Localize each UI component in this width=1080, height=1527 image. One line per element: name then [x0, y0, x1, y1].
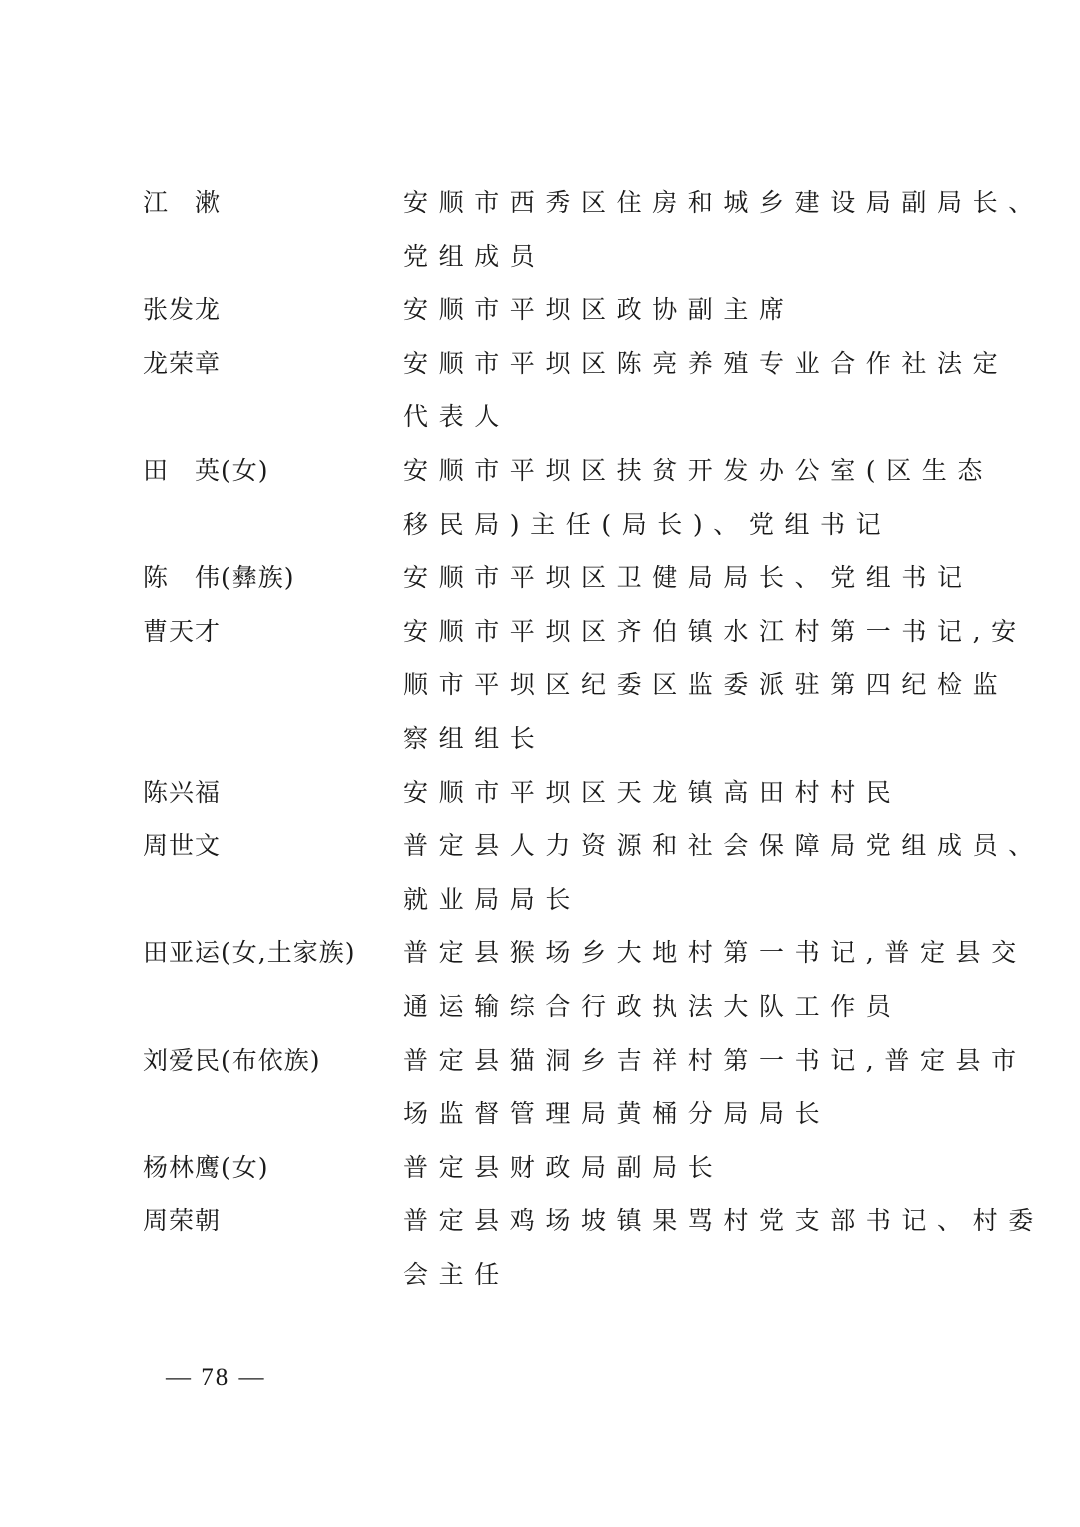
person-name: 陈兴福	[143, 766, 403, 820]
person-position: 普定县鸡场坡镇果骂村党支部书记、村委 会主任	[403, 1194, 943, 1301]
position-line: 普定县鸡场坡镇果骂村党支部书记、村委	[403, 1194, 943, 1248]
position-line: 安顺市平坝区卫健局局长、党组书记	[403, 551, 943, 605]
position-line: 安顺市平坝区政协副主席	[403, 283, 943, 337]
list-item: 田亚运(女,土家族) 普定县猴场乡大地村第一书记,普定县交 通运输综合行政执法大…	[143, 926, 943, 1033]
person-name: 刘爱民(布依族)	[143, 1034, 403, 1088]
document-page: 江 漱 安顺市西秀区住房和城乡建设局副局长、 党组成员 张发龙 安顺市平坝区政协…	[0, 0, 1080, 1527]
list-item: 龙荣章 安顺市平坝区陈亮养殖专业合作社法定 代表人	[143, 337, 943, 444]
list-item: 陈 伟(彝族) 安顺市平坝区卫健局局长、党组书记	[143, 551, 943, 605]
person-position: 普定县财政局副局长	[403, 1141, 943, 1195]
position-line: 党组成员	[403, 230, 943, 284]
person-position: 普定县猫洞乡吉祥村第一书记,普定县市 场监督管理局黄桶分局局长	[403, 1034, 943, 1141]
position-line: 代表人	[403, 390, 943, 444]
position-line: 普定县猫洞乡吉祥村第一书记,普定县市	[403, 1034, 943, 1088]
list-item: 杨林鹰(女) 普定县财政局副局长	[143, 1141, 943, 1195]
person-name: 田亚运(女,土家族)	[143, 926, 403, 980]
list-item: 江 漱 安顺市西秀区住房和城乡建设局副局长、 党组成员	[143, 176, 943, 283]
position-line: 安顺市平坝区扶贫开发办公室(区生态	[403, 444, 943, 498]
position-line: 安顺市平坝区天龙镇高田村村民	[403, 766, 943, 820]
position-line: 顺市平坝区纪委区监委派驻第四纪检监	[403, 658, 943, 712]
person-position: 安顺市平坝区政协副主席	[403, 283, 943, 337]
person-name: 周世文	[143, 819, 403, 873]
list-item: 周世文 普定县人力资源和社会保障局党组成员、 就业局局长	[143, 819, 943, 926]
position-line: 就业局局长	[403, 873, 943, 927]
person-name: 江 漱	[143, 176, 403, 230]
person-name: 杨林鹰(女)	[143, 1141, 403, 1195]
position-line: 普定县猴场乡大地村第一书记,普定县交	[403, 926, 943, 980]
position-line: 安顺市平坝区陈亮养殖专业合作社法定	[403, 337, 943, 391]
position-line: 移民局)主任(局长)、党组书记	[403, 498, 943, 552]
person-name: 陈 伟(彝族)	[143, 551, 403, 605]
person-position: 普定县猴场乡大地村第一书记,普定县交 通运输综合行政执法大队工作员	[403, 926, 943, 1033]
list-item: 张发龙 安顺市平坝区政协副主席	[143, 283, 943, 337]
person-position: 安顺市西秀区住房和城乡建设局副局长、 党组成员	[403, 176, 943, 283]
person-name: 龙荣章	[143, 337, 403, 391]
person-name: 张发龙	[143, 283, 403, 337]
page-number: — 78 —	[166, 1358, 266, 1398]
personnel-list: 江 漱 安顺市西秀区住房和城乡建设局副局长、 党组成员 张发龙 安顺市平坝区政协…	[143, 176, 943, 1301]
person-position: 安顺市平坝区卫健局局长、党组书记	[403, 551, 943, 605]
position-line: 普定县财政局副局长	[403, 1141, 943, 1195]
person-name: 周荣朝	[143, 1194, 403, 1248]
person-name: 田 英(女)	[143, 444, 403, 498]
position-line: 会主任	[403, 1248, 943, 1302]
list-item: 刘爱民(布依族) 普定县猫洞乡吉祥村第一书记,普定县市 场监督管理局黄桶分局局长	[143, 1034, 943, 1141]
person-position: 安顺市平坝区陈亮养殖专业合作社法定 代表人	[403, 337, 943, 444]
list-item: 陈兴福 安顺市平坝区天龙镇高田村村民	[143, 766, 943, 820]
person-name: 曹天才	[143, 605, 403, 659]
list-item: 曹天才 安顺市平坝区齐伯镇水江村第一书记,安 顺市平坝区纪委区监委派驻第四纪检监…	[143, 605, 943, 766]
position-line: 安顺市西秀区住房和城乡建设局副局长、	[403, 176, 943, 230]
position-line: 安顺市平坝区齐伯镇水江村第一书记,安	[403, 605, 943, 659]
position-line: 察组组长	[403, 712, 943, 766]
person-position: 安顺市平坝区天龙镇高田村村民	[403, 766, 943, 820]
list-item: 田 英(女) 安顺市平坝区扶贫开发办公室(区生态 移民局)主任(局长)、党组书记	[143, 444, 943, 551]
position-line: 普定县人力资源和社会保障局党组成员、	[403, 819, 943, 873]
person-position: 安顺市平坝区扶贫开发办公室(区生态 移民局)主任(局长)、党组书记	[403, 444, 943, 551]
list-item: 周荣朝 普定县鸡场坡镇果骂村党支部书记、村委 会主任	[143, 1194, 943, 1301]
person-position: 普定县人力资源和社会保障局党组成员、 就业局局长	[403, 819, 943, 926]
position-line: 通运输综合行政执法大队工作员	[403, 980, 943, 1034]
position-line: 场监督管理局黄桶分局局长	[403, 1087, 943, 1141]
person-position: 安顺市平坝区齐伯镇水江村第一书记,安 顺市平坝区纪委区监委派驻第四纪检监 察组组…	[403, 605, 943, 766]
